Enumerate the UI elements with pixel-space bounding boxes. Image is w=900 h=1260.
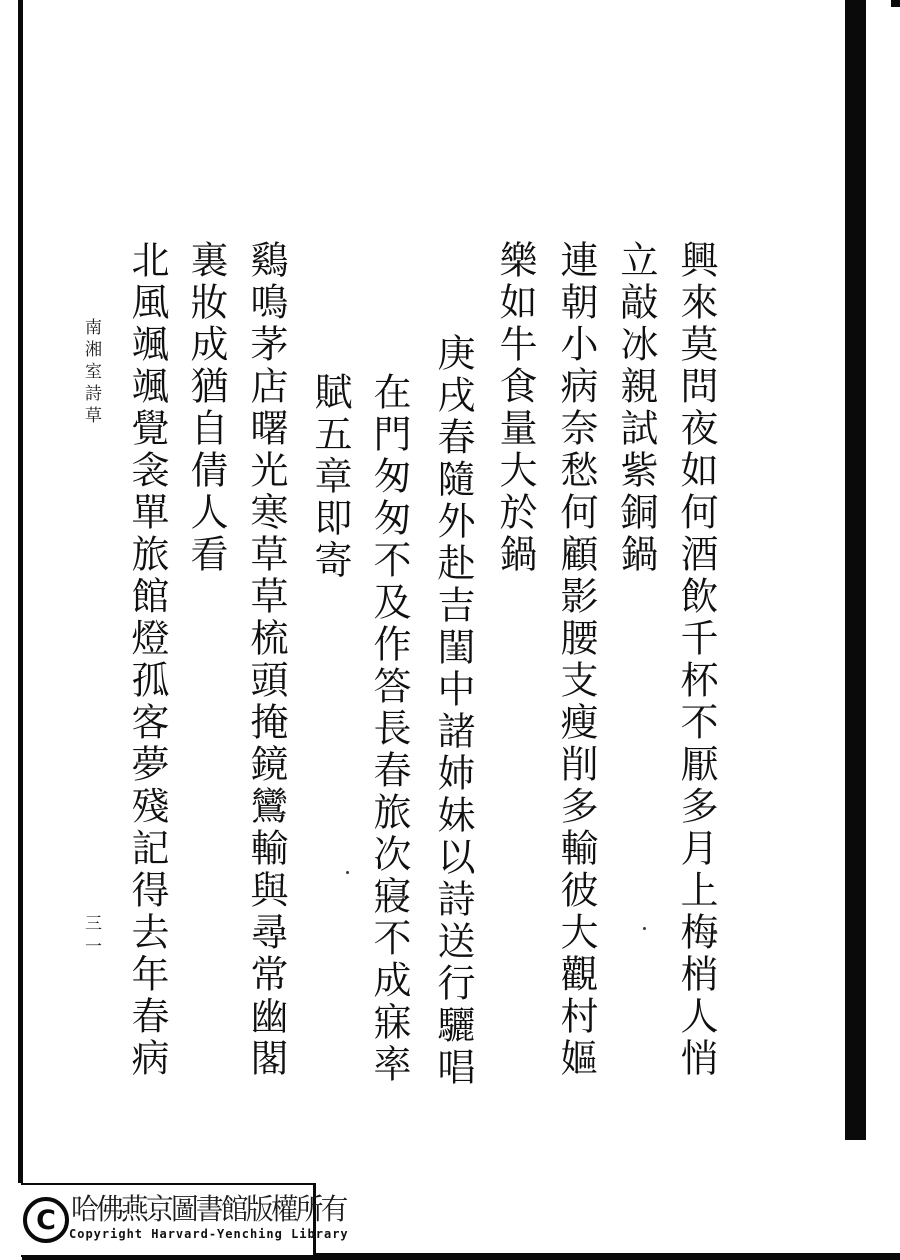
poem-column-1: 興來莫問夜如何酒飲千杯不厭多月上梅梢人悄 <box>674 240 718 1080</box>
scan-speck <box>643 927 646 930</box>
poem-column-2: 立敲冰親試紫銅鍋 <box>614 240 658 576</box>
margin-book-title: 南湘室詩草 <box>82 318 104 428</box>
poem-title-column-3: 賦五章即寄 <box>308 372 352 582</box>
poem-column-4: 樂如牛食量大於鍋 <box>493 240 537 576</box>
stamp-chinese-text: 哈佛燕京圖書館版權所有 <box>71 1187 301 1228</box>
right-binding-bar <box>845 0 866 1140</box>
copyright-letter: C <box>36 1207 56 1234</box>
poem-column-5: 鷄鳴茅店曙光寒草草梳頭掩鏡鸞輸與尋常幽閣 <box>244 240 288 1080</box>
library-copyright-stamp: C 哈佛燕京圖書館版權所有 Copyright Harvard-Yenching… <box>21 1183 316 1257</box>
poem-column-6: 裏妝成猶自倩人看 <box>184 240 228 576</box>
left-margin-line <box>18 0 23 1183</box>
poem-title-column-1: 庚戌春隨外赴吉閨中諸姉妹以詩送行驪唱 <box>431 333 475 1089</box>
scan-speck <box>713 930 717 934</box>
page-number: 三一 <box>82 914 104 960</box>
stamp-english-text: Copyright Harvard-Yenching Library <box>69 1227 349 1241</box>
poem-column-7: 北風颯颯覺衾單旅館燈孤客夢殘記得去年春病 <box>125 240 169 1080</box>
poem-title-column-2: 在門匆匆不及作答長春旅次寢不成寐率 <box>367 372 411 1086</box>
scan-speck <box>346 871 349 874</box>
corner-scan-mark <box>891 0 900 7</box>
copyright-symbol-icon: C <box>23 1197 69 1243</box>
poem-column-3: 連朝小病奈愁何顧影腰支瘦削多輸彼大觀村嫗 <box>554 240 598 1080</box>
